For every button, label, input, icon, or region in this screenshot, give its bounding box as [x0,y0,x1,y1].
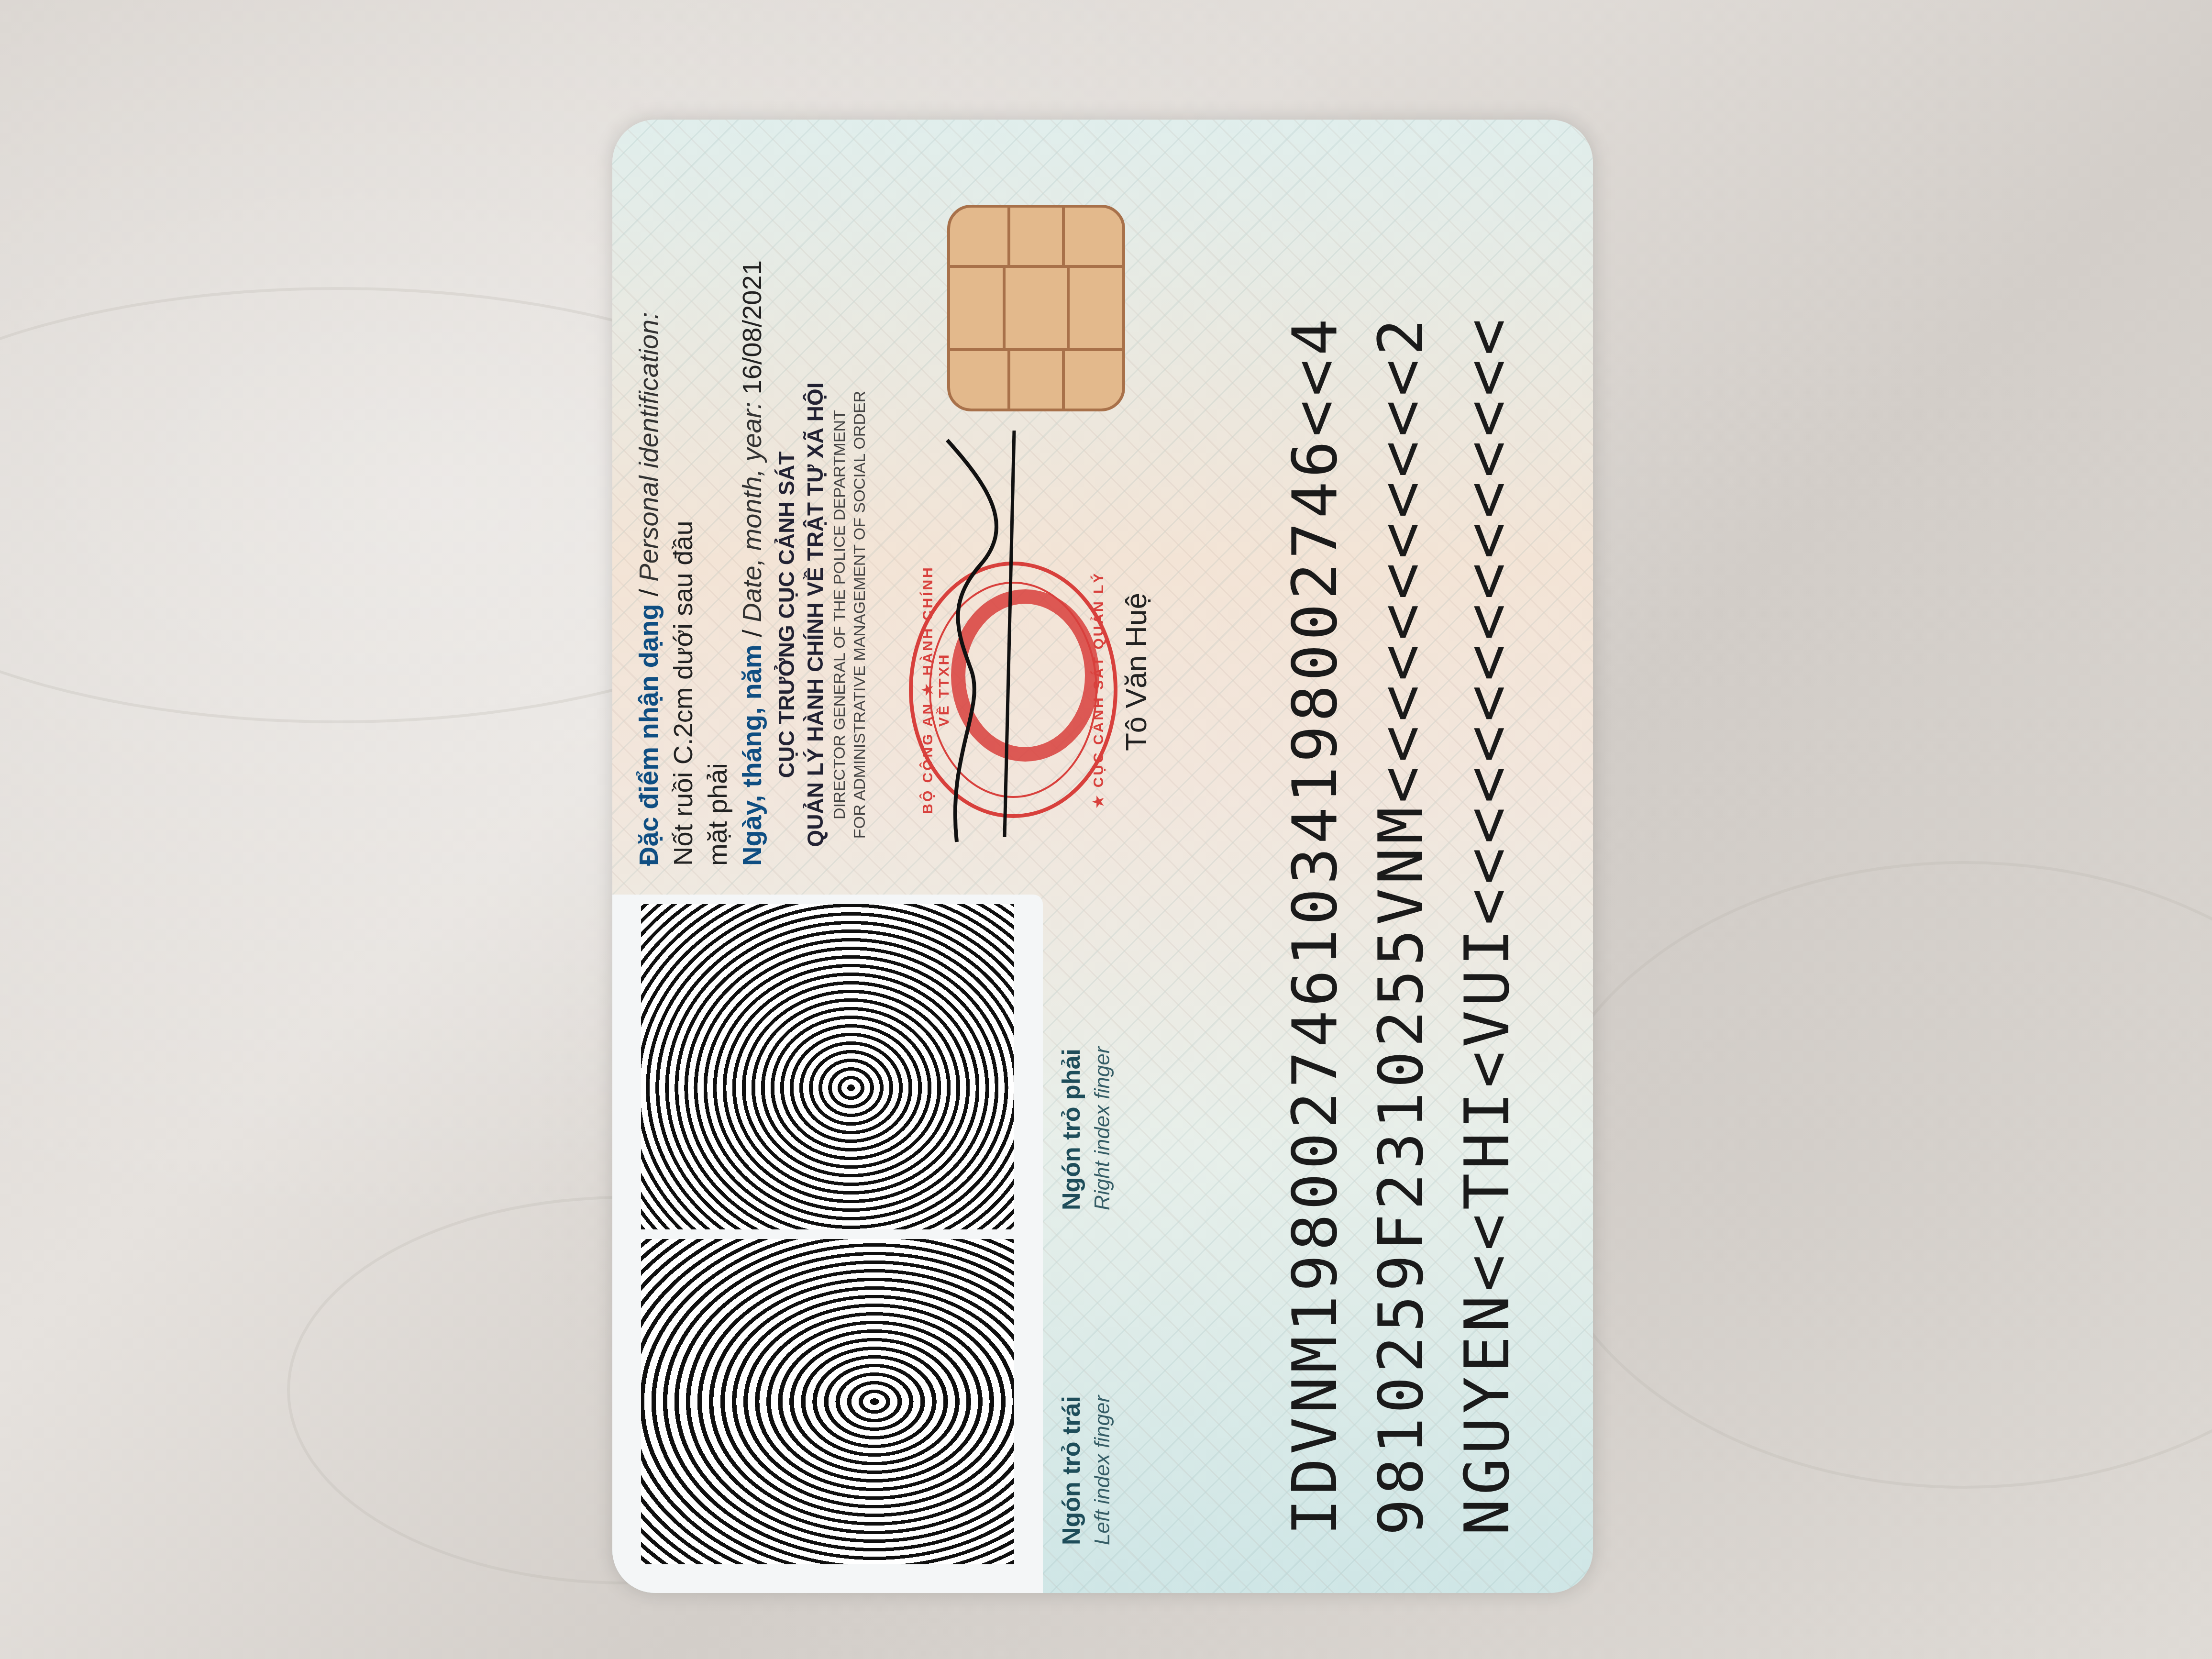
personal-identification-value-2: mặt phải [700,148,735,866]
personal-info-block: Đặc điểm nhận dạng / Personal identifica… [631,148,870,866]
issue-date-value: 16/08/2021 [737,260,767,394]
id-card-info-layer: Đặc điểm nhận dạng / Personal identifica… [612,120,1593,1593]
smart-chip-icon [947,205,1125,411]
director-title: CỤC TRƯỞNG CỤC CẢNH SÁT QUẢN LÝ HÀNH CHÍ… [772,364,870,866]
issue-date: Ngày, tháng, năm / Date, month, year: 16… [735,148,769,866]
personal-identification-heading: Đặc điểm nhận dạng / Personal identifica… [631,148,666,866]
personal-identification-value: Nốt ruồi C.2cm dưới sau đầu [666,148,700,866]
signer-name: Tô Văn Huệ [1119,593,1153,751]
signature-icon [928,421,1072,852]
marble-vein [1531,861,2212,1489]
